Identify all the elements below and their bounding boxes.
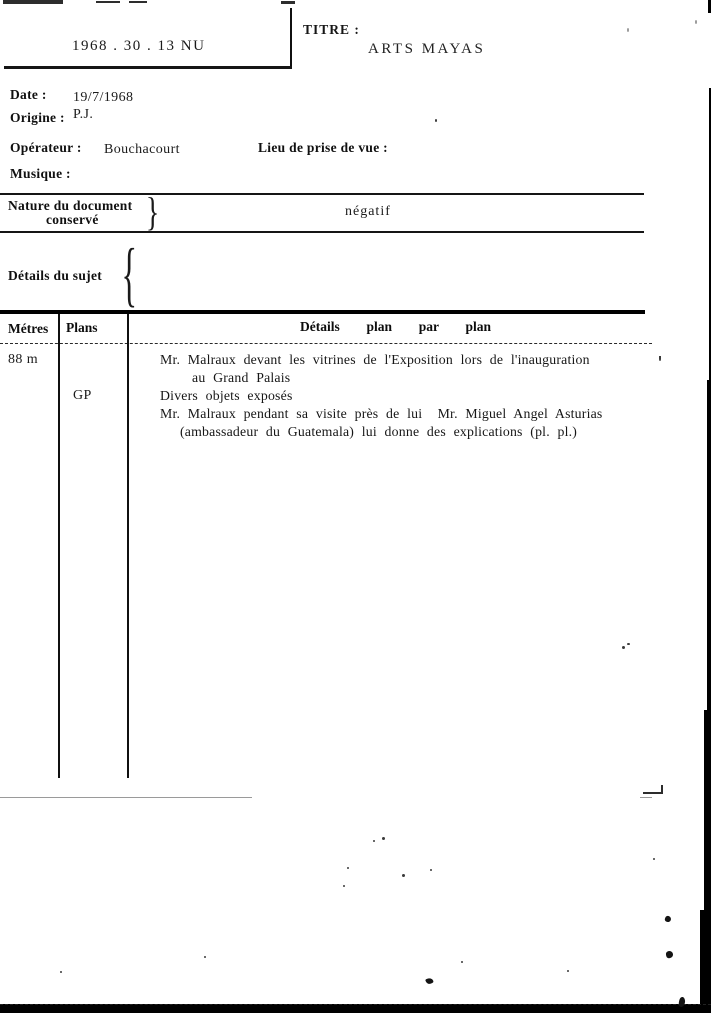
plan-value: GP [73, 388, 92, 404]
scan-speck [204, 956, 206, 958]
reference-number: 1968 . 30 . 13 NU [72, 38, 205, 55]
scan-speck [347, 867, 349, 869]
divider-rule [0, 231, 644, 233]
scan-blot [665, 950, 674, 959]
musique-label: Musique : [10, 166, 71, 182]
column-header-details: Détails plan par plan [300, 319, 491, 335]
divider-rule [0, 193, 644, 195]
title-label: TITRE : [303, 22, 360, 38]
scan-edge-strip [700, 910, 711, 1013]
operateur-label: Opérateur : [10, 140, 82, 156]
closing-brace: } [146, 192, 159, 232]
scanned-archive-sheet: 1968 . 30 . 13 NU TITRE : ARTS MAYAS Dat… [0, 0, 711, 1013]
scan-artifact [96, 1, 120, 3]
nature-label-line2: conservé [46, 212, 99, 228]
scan-bottom-bar [0, 1004, 711, 1013]
table-header-underline [0, 343, 652, 344]
faint-partial-rule [0, 797, 252, 798]
detail-line: Mr. Malraux pendant sa visite près de lu… [160, 406, 603, 422]
corner-mark [661, 785, 663, 794]
operateur-value: Bouchacourt [104, 142, 180, 158]
detail-line: Divers objets exposés [160, 388, 293, 404]
scan-artifact [3, 0, 63, 4]
scan-speck [343, 885, 345, 887]
detail-line: au Grand Palais [192, 370, 290, 386]
detail-line: (ambassadeur du Guatemala) lui donne des… [180, 424, 577, 440]
scan-speck [435, 119, 437, 122]
metres-value: 88 m [8, 352, 38, 368]
column-separator [58, 314, 60, 778]
scan-speck [695, 20, 697, 24]
scan-speck [430, 869, 432, 871]
table-top-rule [0, 310, 645, 314]
date-value: 19/7/1968 [73, 90, 133, 106]
scan-speck [60, 971, 62, 973]
origine-label: Origine : [10, 110, 65, 126]
column-separator [127, 314, 129, 778]
scan-artifact [281, 1, 295, 4]
nature-value: négatif [345, 204, 391, 220]
scan-speck [627, 643, 630, 645]
corner-mark [643, 792, 663, 794]
title-value: ARTS MAYAS [368, 41, 485, 58]
scan-speck [653, 858, 655, 860]
scan-blot [664, 915, 672, 923]
scan-edge-strip [704, 710, 711, 910]
reference-box-right-border [290, 8, 292, 68]
date-label: Date : [10, 87, 47, 103]
corner-mark-dots [640, 797, 652, 798]
opening-brace: { [122, 238, 138, 310]
details-sujet-label: Détails du sujet [8, 268, 102, 284]
lieu-de-prise-label: Lieu de prise de vue : [258, 140, 388, 156]
scan-blot [425, 977, 434, 985]
scan-speck [659, 356, 661, 361]
column-header-metres: Métres [8, 321, 48, 337]
scan-speck [402, 874, 405, 877]
scan-speck [622, 646, 625, 649]
scan-edge-strip [707, 380, 711, 710]
scan-speck [461, 961, 463, 963]
origine-value: P.J. [73, 107, 93, 123]
scan-speck [373, 840, 375, 842]
scan-artifact [129, 1, 147, 3]
scan-speck [382, 837, 385, 840]
reference-box-bottom-border [4, 66, 292, 69]
column-header-plans: Plans [66, 320, 98, 336]
detail-line: Mr. Malraux devant les vitrines de l'Exp… [160, 352, 590, 368]
scan-speck [627, 28, 629, 32]
scan-speck [567, 970, 569, 972]
